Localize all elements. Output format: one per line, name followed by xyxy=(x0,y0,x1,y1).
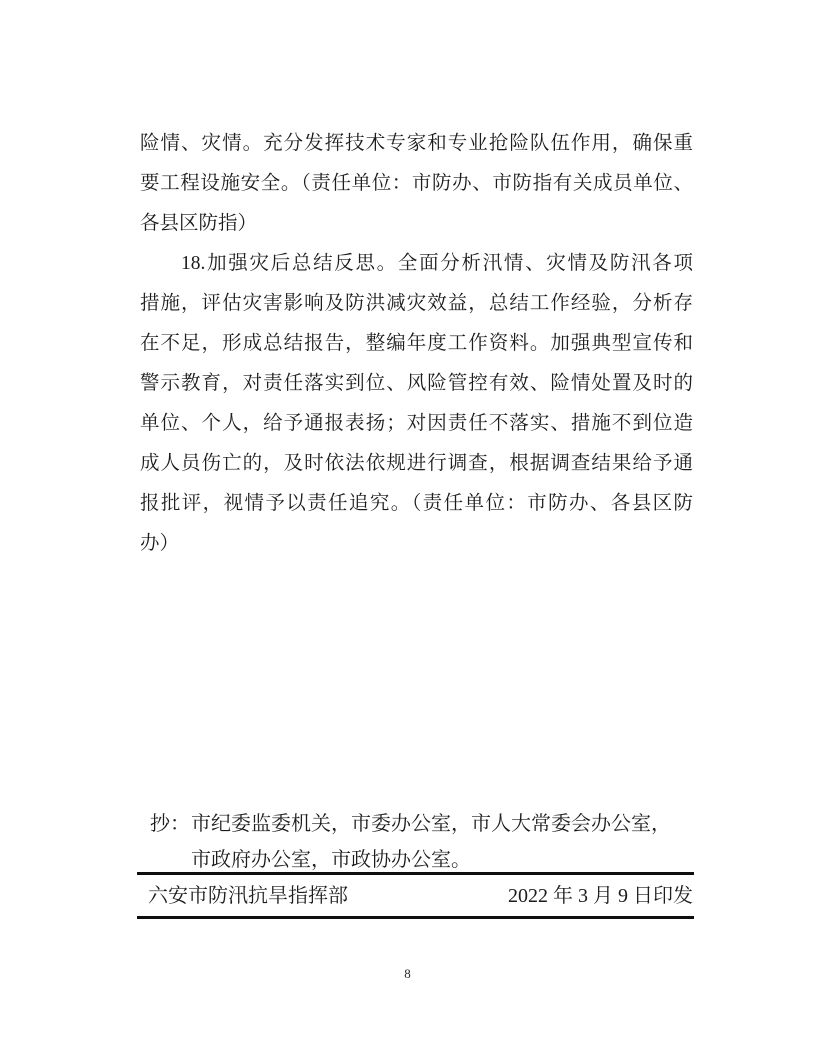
body-line: 要工程设施安全。（责任单位：市防办、市防指有关成员单位、 xyxy=(140,164,693,204)
body-line: 18.加强灾后总结反思。全面分析汛情、灾情及防汛各项 xyxy=(140,244,693,284)
copy-line: 市纪委监委机关，市委办公室，市人大常委会办公室， xyxy=(191,806,695,842)
document-page: 险情、灾情。充分发挥技术专家和专业抢险队伍作用，确保重 要工程设施安全。（责任单… xyxy=(0,0,815,1055)
footer-row: 六安市防汛抗旱指挥部 2022 年 3 月 9 日印发 xyxy=(148,881,693,911)
issuing-agency: 六安市防汛抗旱指挥部 xyxy=(148,881,348,911)
page-number: 8 xyxy=(0,966,815,982)
paragraph-18: 18.加强灾后总结反思。全面分析汛情、灾情及防汛各项 措施，评估灾害影响及防洪减… xyxy=(140,244,693,564)
paragraph-continuation: 险情、灾情。充分发挥技术专家和专业抢险队伍作用，确保重 要工程设施安全。（责任单… xyxy=(140,124,693,244)
body-line: 单位、个人，给予通报表扬；对因责任不落实、措施不到位造 xyxy=(140,404,693,444)
copy-recipients: 市纪委监委机关，市委办公室，市人大常委会办公室， 市政府办公室，市政协办公室。 xyxy=(191,806,695,878)
copy-label: 抄： xyxy=(150,806,191,842)
body-line: 措施，评估灾害影响及防洪减灾效益，总结工作经验，分析存 xyxy=(140,284,693,324)
print-date: 2022 年 3 月 9 日印发 xyxy=(508,881,693,911)
body-line: 险情、灾情。充分发挥技术专家和专业抢险队伍作用，确保重 xyxy=(140,124,693,164)
body-line: 办） xyxy=(140,524,693,564)
copy-distribution-note: 抄： 市纪委监委机关，市委办公室，市人大常委会办公室， 市政府办公室，市政协办公… xyxy=(150,806,695,878)
body-line: 各县区防指） xyxy=(140,204,693,244)
body-line: 报批评，视情予以责任追究。（责任单位：市防办、各县区防 xyxy=(140,484,693,524)
document-body: 险情、灾情。充分发挥技术专家和专业抢险队伍作用，确保重 要工程设施安全。（责任单… xyxy=(140,124,693,564)
body-line: 成人员伤亡的，及时依法依规进行调查，根据调查结果给予通 xyxy=(140,444,693,484)
body-line: 警示教育，对责任落实到位、风险管控有效、险情处置及时的 xyxy=(140,364,693,404)
footer-bottom-rule xyxy=(137,916,694,919)
body-line: 在不足，形成总结报告，整编年度工作资料。加强典型宣传和 xyxy=(140,324,693,364)
footer-top-rule xyxy=(137,872,694,875)
